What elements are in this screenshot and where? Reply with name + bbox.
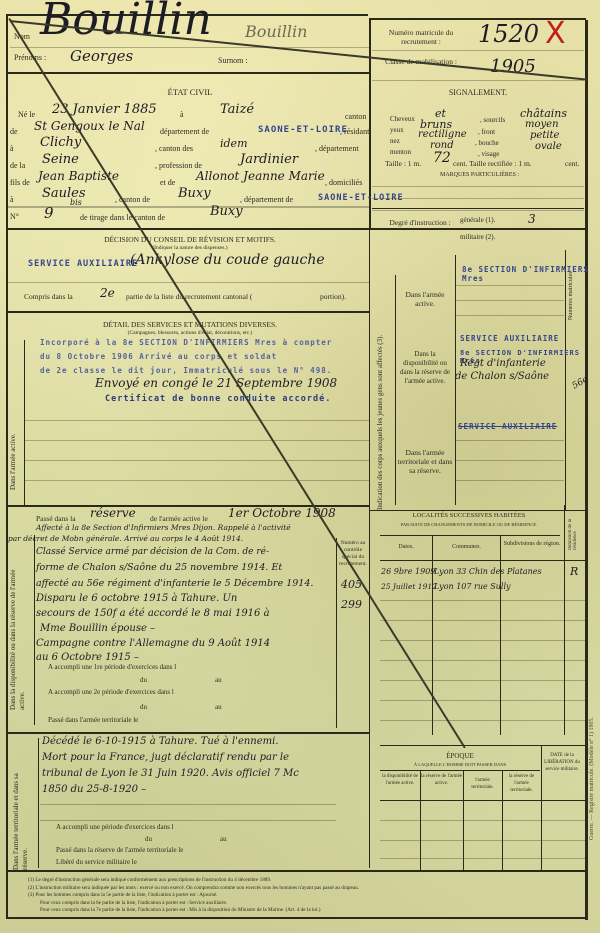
territoriale-exercice-label: A accompli une période d'exercices dans … <box>56 823 174 831</box>
ne-le-label: Né le <box>18 110 35 119</box>
territoriale-libere-label: Libéré du service militaire le <box>56 858 137 866</box>
residence-a-label: à <box>10 144 14 153</box>
reserve-line-5: affecté au 56e régiment d'infanterie le … <box>36 578 313 589</box>
passe-label: Passé dans la <box>36 514 76 523</box>
birth-place: Taizé <box>220 102 254 117</box>
birth-departement-stamp: SAONE-ET-LOIRE <box>258 125 348 135</box>
epoque-date-liberation: DATE de la LIBÉRATION du service militai… <box>542 752 582 773</box>
generale-value: 3 <box>528 212 536 226</box>
partie-value: 2e <box>100 286 115 300</box>
profession-label: , profession de <box>155 161 202 170</box>
localites-title: LOCALITÉS SUCCESSIVES HABITÉES <box>380 512 558 519</box>
services-line4: Envoyé en congé le 21 Septembre 1908 <box>95 376 337 390</box>
military-register-sheet: Nom Bouillin Bouillin Prénoms : Georges … <box>0 0 600 933</box>
numeros-side-label: Numéros matricules <box>568 260 574 320</box>
tirage-label: de tirage dans le canton de <box>80 213 165 222</box>
decision-subtitle: (Indiquer la nature des dispenses.) <box>10 245 370 251</box>
affectation-dispo-stamp: SERVICE AUXILIAIRE <box>460 334 559 343</box>
residant-label: , résidant <box>340 127 369 136</box>
services-side-label: Dans l'armée active. <box>9 400 17 490</box>
localite-row2-date: 25 Juillet 1912 <box>381 582 437 591</box>
footnotes: (1) Le degré d'instruction générale sera… <box>28 877 588 915</box>
a-label: à <box>180 110 184 119</box>
epoque-subtitle: À LAQUELLE L'HOMME DOIT PASSER DANS <box>380 762 540 767</box>
numero-red-mark: X <box>545 16 566 51</box>
residence-value: Clichy <box>40 135 81 150</box>
footnote-5: Pour ceux compris dans la 7e partie de l… <box>28 907 588 915</box>
exercice2-au: au <box>215 703 222 711</box>
controle-header: Numéro au contrôle spécial du recrutemen… <box>337 540 369 568</box>
territoriale-reserve-label: Passé dans la réserve de l'armée territo… <box>56 846 183 854</box>
numero-value: 1520 <box>478 20 539 48</box>
localite-row2-commune: Lyon 107 rue Sully <box>434 582 564 591</box>
taille-rectifiee-label: cent. Taille rectifiée : 1 m. <box>453 159 532 168</box>
birth-canton: St Gengoux le Nal <box>34 119 145 133</box>
passe-rest: de l'armée active le <box>150 514 208 523</box>
mother-name: Allonot Jeanne Marie <box>196 169 325 183</box>
epoque-col-reserve-territ: la réserve de l'armée territoriale. <box>503 773 540 794</box>
epoque-col-territ: l'armée territoriale. <box>464 777 501 791</box>
reserve-line-9: Campagne contre l'Allemagne du 9 Août 19… <box>36 638 270 649</box>
reserve-line-7: secours de 150f a été accordé le 8 mai 1… <box>36 608 270 619</box>
yeux-label: yeux <box>390 126 404 134</box>
decision-title: DÉCISION DU CONSEIL DE RÉVISION ET MOTIF… <box>10 235 370 244</box>
fils-de-label: fils de <box>10 178 30 187</box>
menton-label: menton <box>390 148 411 156</box>
frame-left <box>6 14 8 919</box>
reserve-line-10: au 6 Octobre 1915 – <box>36 652 139 663</box>
footnote-1: (1) Le degré d'instruction générale sera… <box>28 877 588 885</box>
frame-right <box>585 20 588 920</box>
marques-label: MARQUES PARTICULIÈRES : <box>440 172 519 178</box>
epoque-col-dispo: la disponibilité de l'armée active. <box>381 773 419 787</box>
cent-label: cent. <box>565 159 579 168</box>
tirage-canton-value: Buxy <box>210 204 243 219</box>
reserve-line-1: Affecté à la 8e Section d'Infirmiers Mre… <box>36 523 291 532</box>
et-de-label: et de <box>160 178 175 187</box>
footnote-4: Pour ceux compris dans la 6e partie de l… <box>28 900 588 908</box>
nez-value: rectiligne <box>418 129 467 140</box>
cheveux-label: Cheveux <box>390 115 415 123</box>
tirage-no-label: N° <box>10 212 19 221</box>
signalement-title: SIGNALEMENT. <box>372 88 584 97</box>
territoriale-line-1: Décédé le 6-10-1915 à Tahure. Tué à l'en… <box>42 736 279 747</box>
epoque-col-reserve: la réserve de l'armée active. <box>421 773 462 787</box>
affectation-dispo-label: Dans la disponibilité ou dans la réserve… <box>397 350 453 386</box>
de-la-label: de la <box>10 161 25 170</box>
services-line1: Incorporé à la 8e SECTION D'INFIRMIERS M… <box>40 338 332 347</box>
compris-rest: partie de la liste du recrutement canton… <box>126 292 252 301</box>
services-line2: du 8 Octobre 1906 Arrivé au corps et sol… <box>40 352 277 361</box>
territoriale-line-4: 1850 du 25-8-1920 – <box>42 784 146 795</box>
reserve-line-3: Classé Service armé par décision de la C… <box>36 547 269 557</box>
visage-value: ovale <box>535 141 562 152</box>
portion-label: portion). <box>320 292 346 301</box>
departement3-label: , département de <box>240 195 293 204</box>
services-line5: Certificat de bonne conduite accordé. <box>105 394 331 404</box>
reserve-line-6: Disparu le 6 octobre 1915 à Tahure. Un <box>36 593 237 604</box>
sourcils-label: , sourcils <box>480 116 505 124</box>
localite-row1-mark: R <box>570 565 578 578</box>
services-subtitle: (Campagnes, blessures, actions d'éclat, … <box>10 330 370 336</box>
affectation-vertical-label: Indication des corps auxquels les jeunes… <box>376 250 384 510</box>
reserve-line-8: Mme Bouillin épouse – <box>40 623 155 634</box>
numero-label: Numéro matricule du recrutement : <box>385 28 457 46</box>
de-label: de <box>10 127 18 136</box>
decision-stamp: SERVICE AUXILIAIRE <box>28 259 138 269</box>
front-label: , front <box>478 128 495 136</box>
localite-row1-commune: Lyon 33 Chin des Platanes <box>434 567 564 576</box>
militaire-label: militaire (2). <box>460 233 495 241</box>
territoriale-line-3: tribunal de Lyon le 31 Juin 1920. Avis o… <box>42 768 299 779</box>
parents-canton: Buxy <box>178 186 211 201</box>
affectation-active-label: Dans l'armée active. <box>397 290 453 308</box>
nez-label: nez <box>390 137 400 145</box>
epoque-title: ÉPOQUE <box>380 752 540 760</box>
controle-value-2: 299 <box>341 598 362 611</box>
profession-value: Jardinier <box>240 152 298 167</box>
generale-label: générale (1). <box>460 216 495 224</box>
territoriale-du: du <box>145 835 152 843</box>
localites-col-subdivisions: Subdivisions de région. <box>501 540 563 548</box>
reserve-territ-label: Passé dans l'armée territoriale le <box>48 716 138 724</box>
domicilies-label: , domiciliés <box>325 178 362 187</box>
taille-label: Taille : 1 m. <box>385 159 421 168</box>
services-title: DÉTAIL DES SERVICES ET MUTATIONS DIVERSE… <box>10 320 370 329</box>
reserve-line-2: par décret de Mobn générale. Arrivé au c… <box>8 534 243 543</box>
reserve-line-4: forme de Chalon s/Saône du 25 novembre 1… <box>36 562 282 573</box>
exercice1-au: au <box>215 676 222 684</box>
affectation-dispo-hand1: Régt d'infanterie <box>460 358 546 369</box>
reserve-side-label: Dans la disponibilité ou dans la réserve… <box>9 560 27 710</box>
affectation-territ-label: Dans l'armée territoriale et dans sa rés… <box>397 448 453 475</box>
canton-des-label: , canton des <box>155 144 193 153</box>
visage-label: , visage <box>478 150 499 158</box>
bouche-value: petite <box>530 130 559 141</box>
frame-bottom <box>6 917 588 919</box>
canton-label: canton <box>345 112 366 121</box>
departement-label: département de <box>160 127 209 136</box>
services-line3: de 2e classe le dit jour, Immatriculé so… <box>40 366 332 375</box>
departement2-label: , département <box>315 144 359 153</box>
footnote-2: (2) L'instruction militaire sera indiqué… <box>28 885 588 893</box>
territoriale-au: au <box>220 835 227 843</box>
exercice2-du: du <box>140 703 147 711</box>
localite-row1-date: 26 9bre 1909 <box>381 567 435 576</box>
tirage-no-value: 9 <box>44 204 54 222</box>
affectation-active-value: 8e SECTION D'INFIRMIERS Mres <box>462 265 600 283</box>
compris-label: Compris dans la <box>24 292 73 301</box>
front-value: moyen <box>525 119 559 130</box>
etat-civil-title: ÉTAT CIVIL <box>10 87 370 97</box>
exercice1-du: du <box>140 676 147 684</box>
residence-departement: Seine <box>42 152 79 167</box>
prenoms-value: Georges <box>70 47 133 65</box>
surnom-label: Surnom : <box>218 56 248 65</box>
tirage-note: bis <box>70 198 82 207</box>
degre-label: Degré d'instruction : <box>385 218 455 227</box>
signature: Bouillin <box>245 22 307 41</box>
residence-canton: idem <box>220 137 248 150</box>
localites-col-dates: Dates. <box>380 544 432 550</box>
affectation-territ-stamp: SERVICE AUXILIAIRE <box>458 422 557 431</box>
exercice2-label: A accompli une 2e période d'exercices da… <box>48 688 174 696</box>
affectation-dispo-hand2: de Chalon s/Saône <box>455 371 549 382</box>
exercice1-label: A accompli une 1re période d'exercices d… <box>48 663 176 671</box>
bouche-label: , bouche <box>475 139 499 147</box>
localites-side-column: Indication de la résidence <box>568 515 578 550</box>
right-margin-label: Guerre. — Registre matricule. (Modèle n°… <box>589 640 595 840</box>
territoriale-side-label: Dans l'armée territoriale et dans sa rés… <box>12 760 30 870</box>
taille-value: 72 <box>433 150 451 166</box>
localites-col-communes: Communes. <box>433 544 500 550</box>
territoriale-line-2: Mort pour la France, jugt déclaratif ren… <box>42 752 289 763</box>
localites-subtitle: PAR SUITE DE CHANGEMENTS DE DOMICILE OU … <box>380 522 558 527</box>
footnote-3: (3) Pour les hommes compris dans la 5e p… <box>28 892 588 900</box>
domicile-a-label: à <box>10 195 14 204</box>
passe-value: réserve <box>90 506 136 520</box>
